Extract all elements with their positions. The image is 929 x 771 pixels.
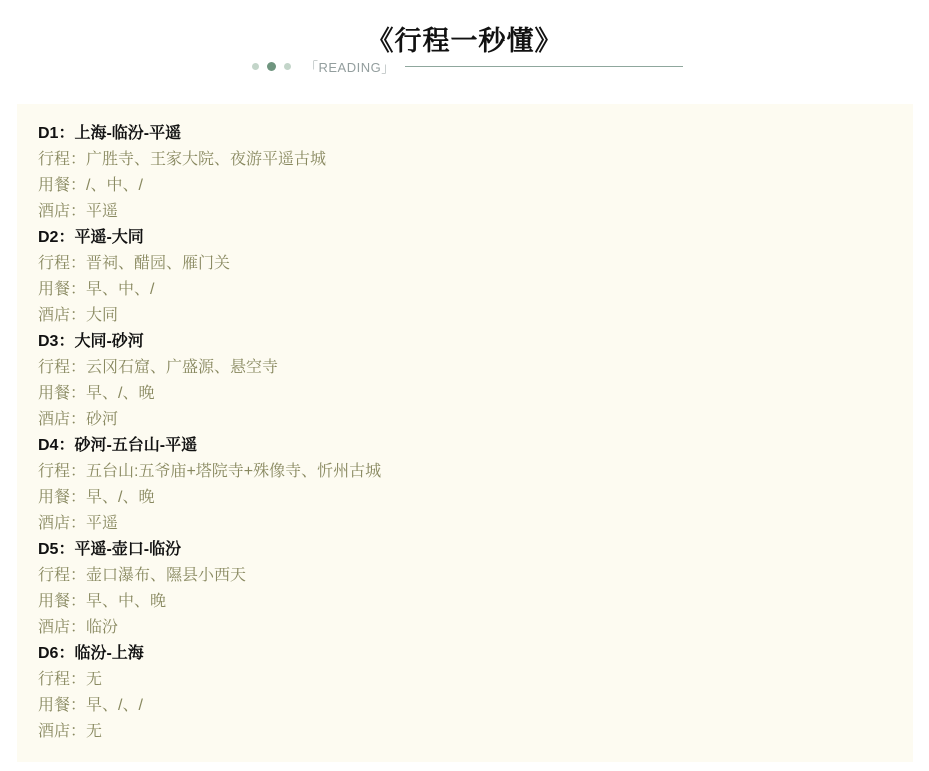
meals-line: 用餐：早、中、/ [38, 277, 893, 303]
reading-dot-right [284, 63, 291, 70]
itinerary-line: 行程：五台山:五爷庙+塔院寺+殊像寺、忻州古城 [38, 459, 893, 485]
day-block-d5: D5：平遥-壶口-临汾 行程：壶口瀑布、隰县小西天 用餐：早、中、晚 酒店：临汾 [38, 537, 893, 641]
day-heading: D3：大同-砂河 [38, 329, 893, 355]
day-heading: D2：平遥-大同 [38, 225, 893, 251]
day-block-d3: D3：大同-砂河 行程：云冈石窟、广盛源、悬空寺 用餐：早、/、晚 酒店：砂河 [38, 329, 893, 433]
itinerary-line: 行程：壶口瀑布、隰县小西天 [38, 563, 893, 589]
hotel-line: 酒店：大同 [38, 303, 893, 329]
itinerary-line: 行程：无 [38, 667, 893, 693]
day-block-d1: D1：上海-临汾-平遥 行程：广胜寺、王家大院、夜游平遥古城 用餐：/、中、/ … [38, 121, 893, 225]
meals-line: 用餐：早、/、晚 [38, 485, 893, 511]
hotel-line: 酒店：临汾 [38, 615, 893, 641]
meals-line: 用餐：早、/、/ [38, 693, 893, 719]
reading-dot-left [252, 63, 259, 70]
day-block-d6: D6：临汾-上海 行程：无 用餐：早、/、/ 酒店：无 [38, 641, 893, 745]
itinerary-card: D1：上海-临汾-平遥 行程：广胜寺、王家大院、夜游平遥古城 用餐：/、中、/ … [17, 104, 913, 762]
reading-label: 「READING」 [305, 57, 395, 76]
meals-line: 用餐：/、中、/ [38, 173, 893, 199]
hotel-line: 酒店：砂河 [38, 407, 893, 433]
meals-line: 用餐：早、/、晚 [38, 381, 893, 407]
day-heading: D4：砂河-五台山-平遥 [38, 433, 893, 459]
day-block-d2: D2：平遥-大同 行程：晋祠、醋园、雁门关 用餐：早、中、/ 酒店：大同 [38, 225, 893, 329]
reading-decoration: 「READING」 [252, 57, 683, 75]
itinerary-line: 行程：广胜寺、王家大院、夜游平遥古城 [38, 147, 893, 173]
reading-dot-center [267, 62, 276, 71]
hotel-line: 酒店：无 [38, 719, 893, 745]
day-heading: D1：上海-临汾-平遥 [38, 121, 893, 147]
meals-line: 用餐：早、中、晚 [38, 589, 893, 615]
page-title: 《行程一秒懂》 [0, 19, 929, 58]
day-heading: D5：平遥-壶口-临汾 [38, 537, 893, 563]
itinerary-line: 行程：晋祠、醋园、雁门关 [38, 251, 893, 277]
hotel-line: 酒店：平遥 [38, 199, 893, 225]
hotel-line: 酒店：平遥 [38, 511, 893, 537]
day-block-d4: D4：砂河-五台山-平遥 行程：五台山:五爷庙+塔院寺+殊像寺、忻州古城 用餐：… [38, 433, 893, 537]
reading-divider-line [405, 66, 683, 67]
itinerary-line: 行程：云冈石窟、广盛源、悬空寺 [38, 355, 893, 381]
day-heading: D6：临汾-上海 [38, 641, 893, 667]
